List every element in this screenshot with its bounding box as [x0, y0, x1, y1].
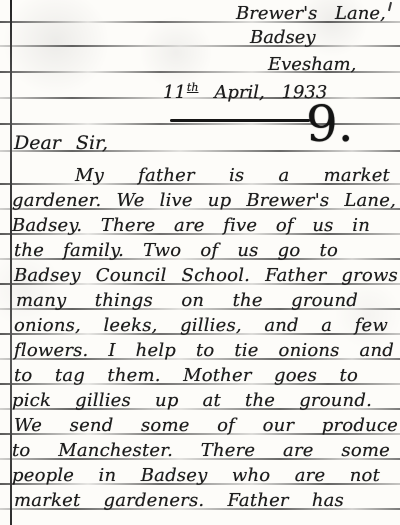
date-ordinal: th [187, 81, 199, 94]
date-line: 11thApril, 1933 [163, 82, 327, 102]
address-line-3: Evesham, [268, 56, 356, 74]
address-line-1: Brewer's Lane, [236, 5, 386, 23]
body-line: market gardeners. Father has [14, 492, 344, 510]
page-number-rule [170, 119, 310, 122]
body-line: We send some of our produce [14, 417, 398, 435]
body-line: gardener. We live up Brewer's Lane, [12, 192, 396, 210]
body-line: My father is a market [75, 167, 390, 185]
salutation: Dear Sir, [14, 134, 108, 153]
body-line: Badsey Council School. Father grows [14, 267, 398, 285]
body-line: the family. Two of us go to [14, 242, 338, 260]
letter-page: Brewer's Lane, Badsey Evesham, 11thApril… [0, 0, 400, 525]
address-line-2: Badsey [250, 29, 316, 47]
body-line: flowers. I help to tie onions and [14, 342, 394, 360]
body-line: people in Badsey who are not [12, 467, 380, 485]
ruled-line [0, 45, 400, 47]
body-line: to Manchester. There are some [12, 442, 390, 460]
body-line: many things on the ground [16, 292, 358, 310]
body-line: to tag them. Mother goes to [14, 367, 358, 385]
date-day: 11 [163, 82, 186, 103]
page-number: 9. [306, 99, 354, 149]
body-line: pick gillies up at the ground. [12, 392, 372, 410]
body-line: onions, leeks, gillies, and a few [14, 317, 388, 335]
scan-mark [388, 2, 392, 11]
body-line: Badsey. There are five of us in [12, 217, 370, 235]
